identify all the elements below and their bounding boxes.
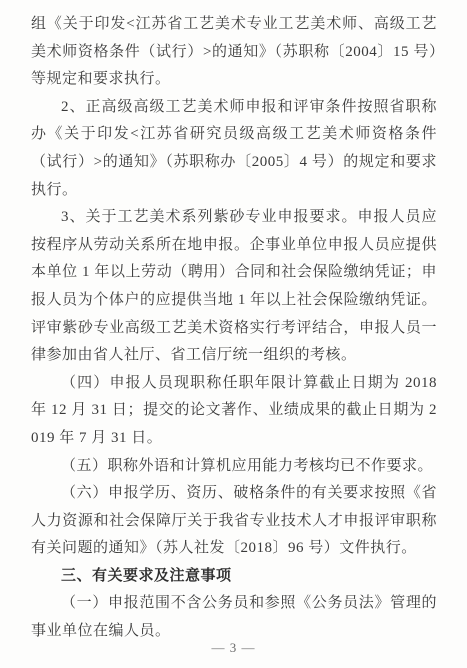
paragraph-item-3: 3、关于工艺美术系列紫砂专业申报要求。申报人员应按程序从劳动关系所在地申报。企事…: [31, 204, 437, 370]
paragraph-item-five: （五）职称外语和计算机应用能力考核均已不作要求。: [31, 453, 437, 481]
document-body: 组《关于印发<江苏省工艺美术专业工艺美术师、高级工艺美术师资格条件（试行）>的通…: [31, 11, 437, 646]
section-heading-requirements: 三、有关要求及注意事项: [31, 563, 437, 591]
paragraph-item-one: （一）申报范围不含公务员和参照《公务员法》管理的事业单位在编人员。: [31, 590, 437, 645]
page-number: — 3 —: [0, 640, 467, 656]
paragraph-item-2: 2、正高级高级工艺美术师申报和评审条件按照省职称办《关于印发<江苏省研究员级高级…: [31, 94, 437, 204]
paragraph-item-four: （四）申报人员现职称任职年限计算截止日期为 2018 年 12 月 31 日；提…: [31, 370, 437, 453]
paragraph-continuation: 组《关于印发<江苏省工艺美术专业工艺美术师、高级工艺美术师资格条件（试行）>的通…: [31, 11, 437, 94]
document-page: 组《关于印发<江苏省工艺美术专业工艺美术师、高级工艺美术师资格条件（试行）>的通…: [0, 0, 467, 668]
paragraph-item-six: （六）申报学历、资历、破格条件的有关要求按照《省人力资源和社会保障厅关于我省专业…: [31, 480, 437, 563]
